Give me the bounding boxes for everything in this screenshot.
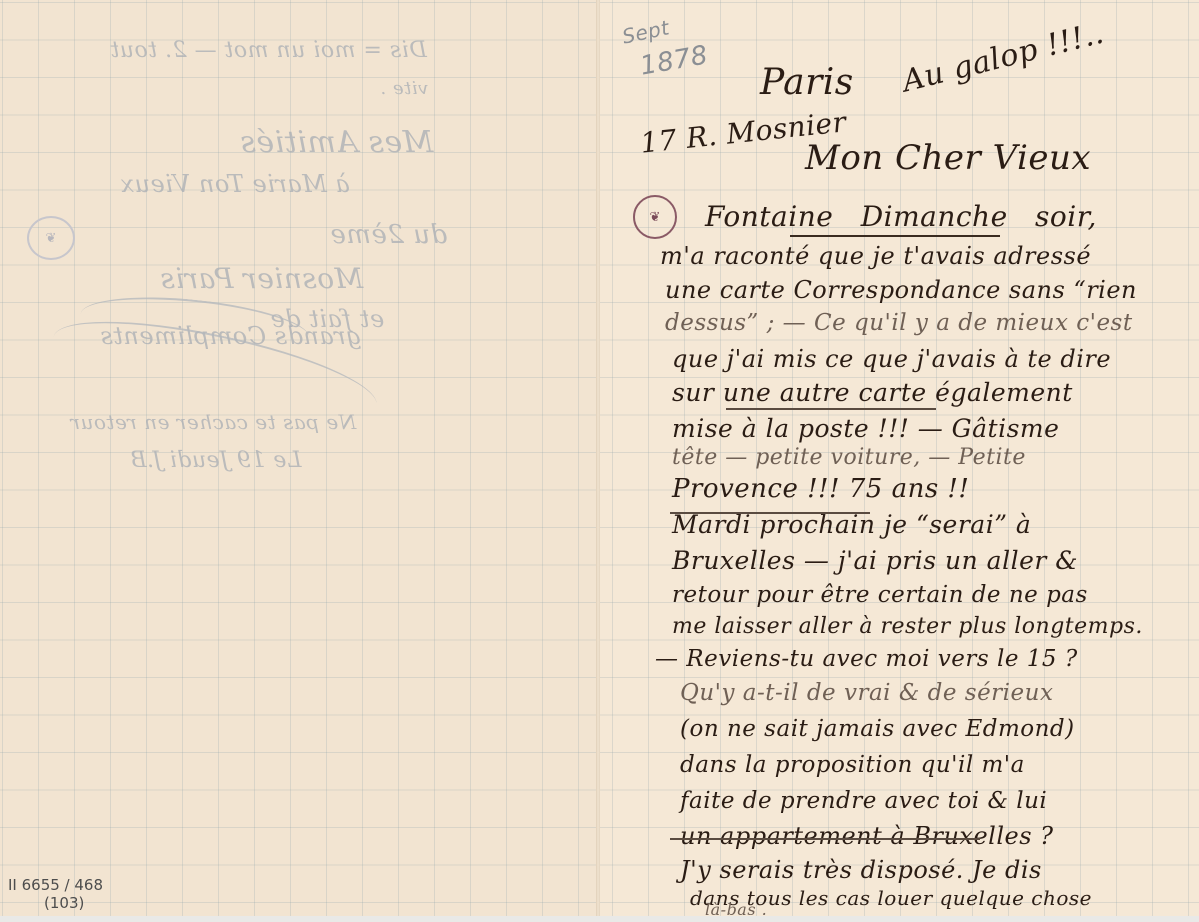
letter-line: m'a raconté que je t'avais adressé xyxy=(660,242,1091,270)
underline xyxy=(670,838,980,840)
heading-place: Paris xyxy=(760,62,854,103)
letter-line: — Reviens-tu avec moi vers le 15 ? xyxy=(655,646,1078,672)
bleed-line: Mosnier Paris xyxy=(160,262,363,295)
letter-line: une carte Correspondance sans “rien xyxy=(665,276,1137,304)
letter-line: Fontaine Dimanche soir, xyxy=(705,200,1097,233)
letter-line: Mardi prochain je “serai” à xyxy=(672,510,1031,539)
letter-line: Bruxelles — j'ai pris un aller & xyxy=(672,546,1078,575)
bleed-line: vite . xyxy=(380,78,428,99)
letter-line: Qu'y a-t-il de vrai & de sérieux xyxy=(680,680,1053,706)
page-fold xyxy=(596,0,600,916)
bleed-line: Dis = moi un mot — 2. tout xyxy=(110,38,427,63)
letter-line: un appartement à Bruxelles ? xyxy=(680,822,1054,850)
bleed-line: à Marie Ton Vieux xyxy=(120,170,350,198)
bleed-line: Le 19 Jeudi J.B xyxy=(130,448,302,473)
library-stamp-icon: ❦ xyxy=(633,195,677,239)
scan-edge xyxy=(0,916,1199,922)
underline xyxy=(790,235,1000,237)
archive-mark: II 6655 / 468 (103) xyxy=(8,876,103,912)
letter-line: me laisser aller à rester plus longtemps… xyxy=(672,614,1143,639)
letter-line: retour pour être certain de ne pas xyxy=(672,582,1088,608)
letter-line: faite de prendre avec toi & lui xyxy=(680,788,1047,814)
letter-line: J'y serais très disposé. Je dis xyxy=(680,856,1042,884)
bleed-line: Mes Amitiés xyxy=(240,125,433,160)
letter-line: que j'ai mis ce que j'avais à te dire xyxy=(672,345,1111,373)
bleed-line: du 2ème xyxy=(330,220,447,250)
letter-line: mise à la poste !!! — Gâtisme xyxy=(672,414,1059,443)
archive-sub-number: (103) xyxy=(8,894,103,912)
letter-line: (on ne sait jamais avec Edmond) xyxy=(680,716,1075,742)
letter-line: Provence !!! 75 ans !! xyxy=(672,474,969,504)
letter-line: dans la proposition qu'il m'a xyxy=(680,752,1025,778)
letter-line: tête — petite voiture, — Petite xyxy=(672,445,1026,470)
stamp-bleed-icon: ❦ xyxy=(27,216,75,260)
letter-line: sur une autre carte également xyxy=(672,378,1073,407)
underline xyxy=(726,408,936,410)
underline xyxy=(670,512,870,514)
salutation: Mon Cher Vieux xyxy=(805,138,1091,178)
letter-line: là-bas . xyxy=(705,900,767,919)
archive-number: II 6655 / 468 xyxy=(8,876,103,894)
letter-line: dessus” ; — Ce qu'il y a de mieux c'est xyxy=(665,310,1133,336)
